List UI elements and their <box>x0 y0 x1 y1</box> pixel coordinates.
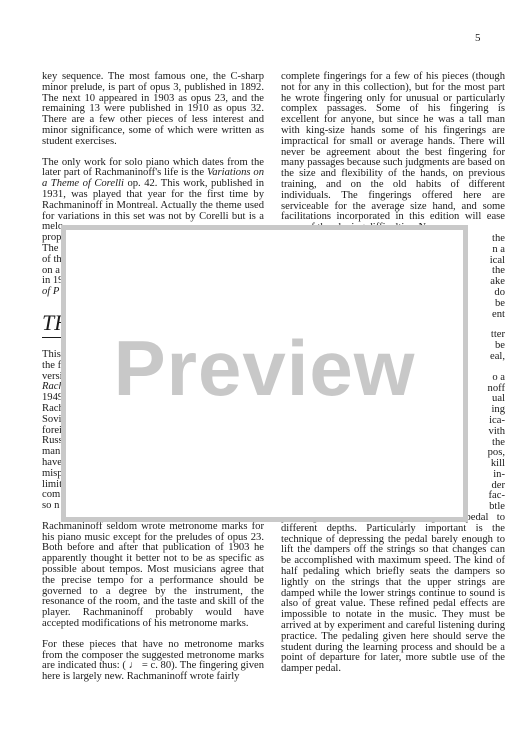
preview-watermark-overlay: Preview <box>61 225 468 522</box>
page-number: 5 <box>475 32 481 44</box>
paragraph-prelude-history: key sequence. The most famous one, the C… <box>42 72 264 148</box>
paragraph-corelli-variations: The only work for solo piano which dates… <box>42 158 264 234</box>
paragraph-fingering: complete fingerings for a few of his pie… <box>281 72 505 234</box>
paragraph-pedaling: pedaling results from depressing the ped… <box>281 513 505 675</box>
paragraph-metronome: Rachmaninoff seldom wrote metronome mark… <box>42 522 264 630</box>
paragraph-fingering-intro: For these pieces that have no metronome … <box>42 640 264 683</box>
preview-watermark-label: Preview <box>114 323 416 414</box>
